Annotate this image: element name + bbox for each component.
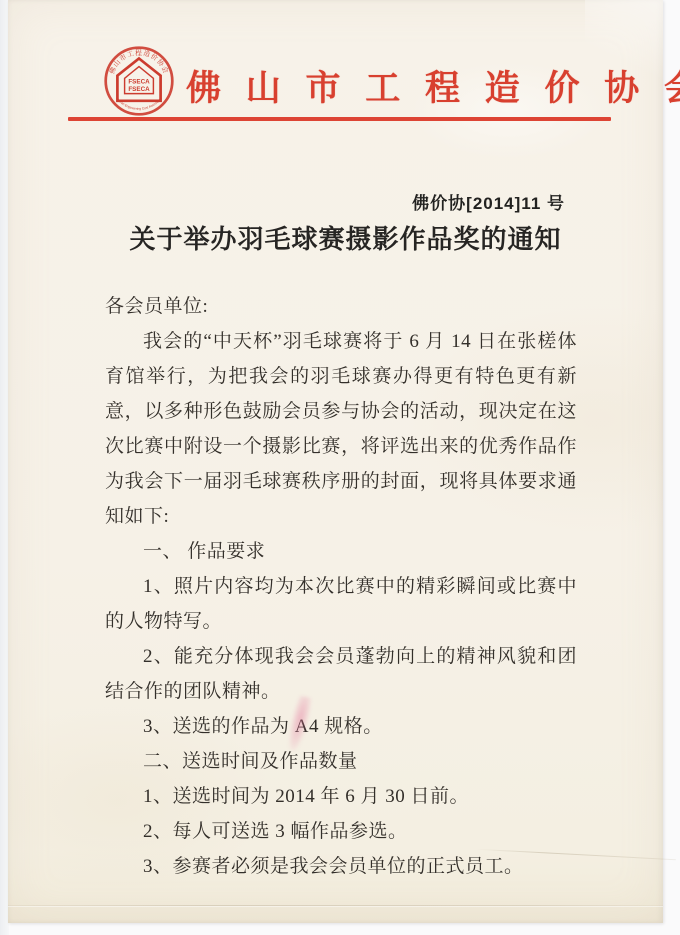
letterhead-divider [68,117,611,121]
scanned-page: 佛山市工程造价协会 Foshan Engineering Cost Associ… [0,0,680,935]
section-1-item-1: 1、照片内容均为本次比赛中的精彩瞬间或比赛中的人物特写。 [105,569,577,639]
section-2-heading: 二、送选时间及作品数量 [105,744,577,779]
org-name: 佛 山 市 工 程 造 价 协 会 [186,71,680,106]
section-1-item-3: 3、送选的作品为 A4 规格。 [105,709,577,744]
paper: 佛山市工程造价协会 Foshan Engineering Cost Associ… [8,0,663,923]
section-2-item-1: 1、送选时间为 2014 年 6 月 30 日前。 [105,779,577,814]
paper-crease-horizontal [8,905,663,906]
seal-ring-text-top: 佛山市工程造价协会 [107,48,171,75]
section-1-item-2: 2、能充分体现我会会员蓬勃向上的精神风貌和团结合作的团队精神。 [105,639,577,709]
salutation: 各会员单位: [105,289,577,324]
section-2-item-3: 3、参赛者必须是我会会员单位的正式员工。 [105,849,577,884]
section-2-item-2: 2、每人可送选 3 幅作品参选。 [105,814,577,849]
document-ref-number: 佛价协[2014]11 号 [412,189,565,214]
document-body: 各会员单位: 我会的“中天杯”羽毛球赛将于 6 月 14 日在张槎体育馆举行，为… [8,289,663,884]
svg-text:佛山市工程造价协会: 佛山市工程造价协会 [107,48,171,75]
seal-monogram-line2: FSECA [128,86,150,93]
intro-paragraph: 我会的“中天杯”羽毛球赛将于 6 月 14 日在张槎体育馆举行，为把我会的羽毛球… [105,324,577,534]
seal-monogram-line1: FSECA [128,79,150,86]
section-1-heading: 一、 作品要求 [105,534,577,569]
document-title: 关于举办羽毛球赛摄影作品奖的通知 [18,219,673,256]
letterhead: 佛山市工程造价协会 Foshan Engineering Cost Associ… [8,45,663,119]
association-seal-icon: 佛山市工程造价协会 Foshan Engineering Cost Associ… [103,45,175,117]
